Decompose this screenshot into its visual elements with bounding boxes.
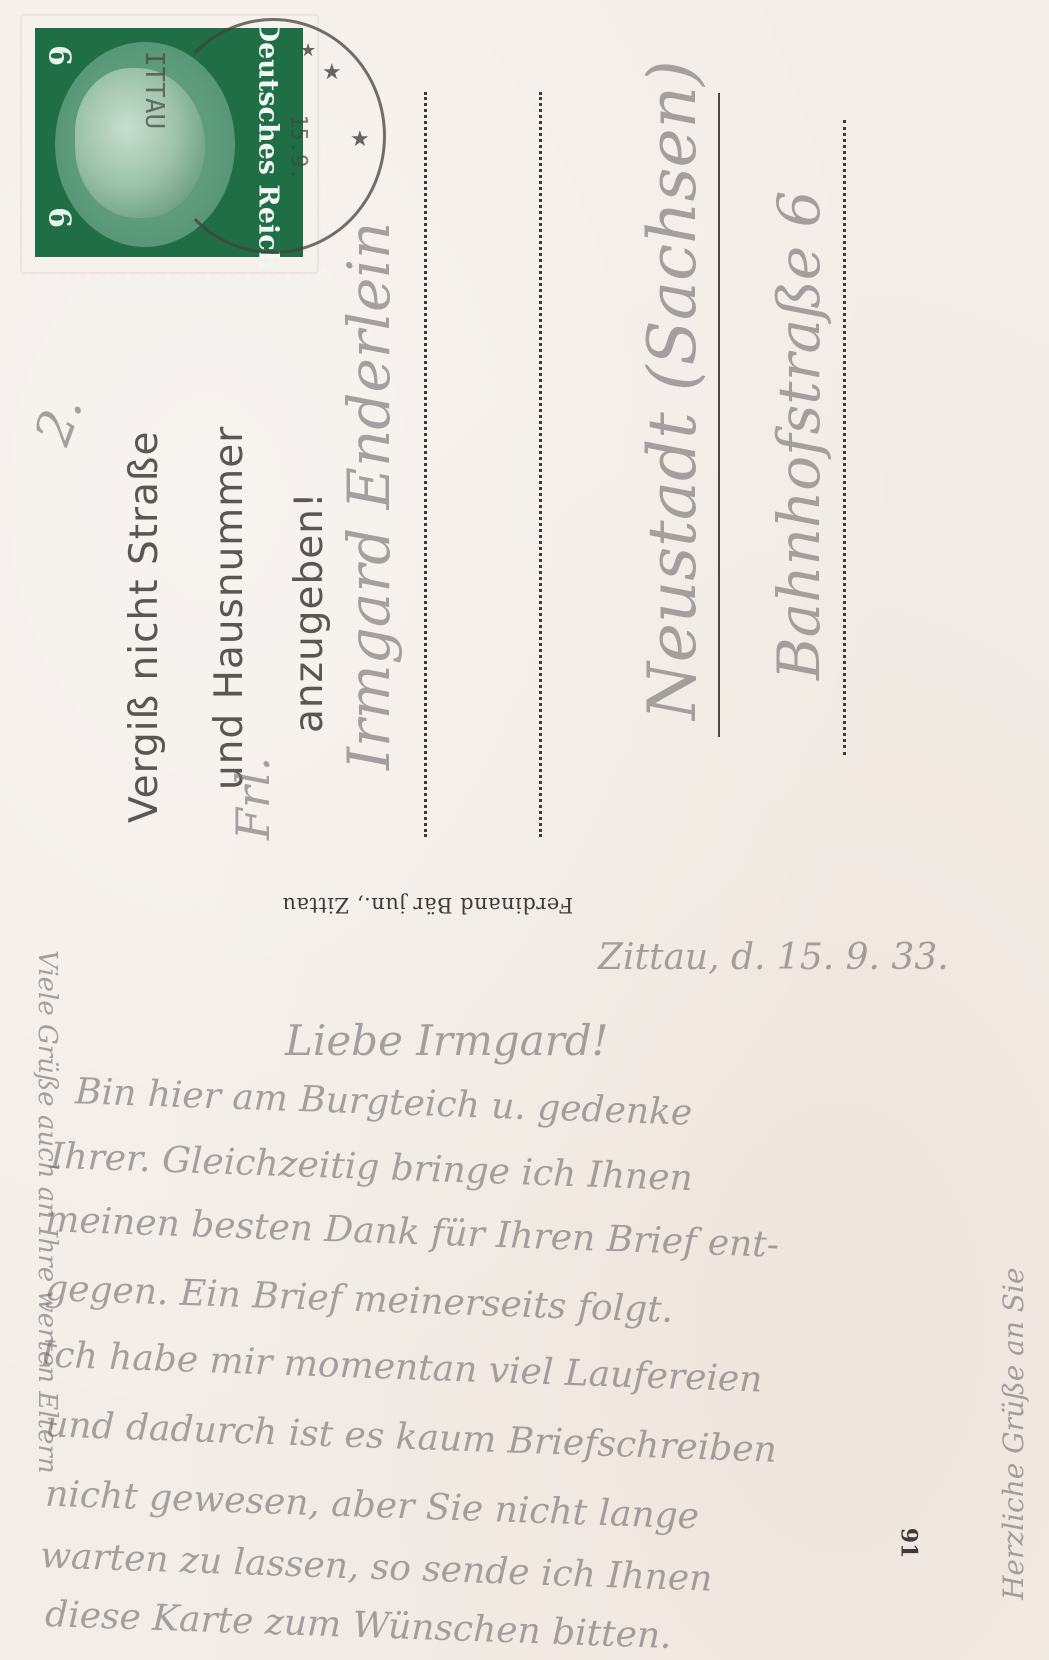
- stamp-value-top: 6: [42, 41, 77, 71]
- recipient-street: Bahnhofstraße 6: [770, 191, 828, 680]
- place-date: Zittau, d. 15. 9. 33.: [598, 940, 949, 976]
- page-number: 91: [895, 1528, 921, 1559]
- message-line: gegen. Ein Brief meinerseits folgt.: [45, 1271, 674, 1329]
- message-line: warten zu lassen, so sende ich Ihnen: [40, 1538, 713, 1597]
- stamp-value-bottom: 6: [42, 203, 77, 233]
- salutation: Liebe Irmgard!: [285, 1020, 609, 1062]
- message-line: meinen besten Dank für Ihren Brief ent-: [45, 1202, 780, 1264]
- slogan-line-2: und Hausnummer: [210, 426, 249, 790]
- message-line: diese Karte zum Wünschen bitten.: [45, 1597, 673, 1655]
- postmark-town: ITTAU: [139, 51, 169, 129]
- address-line-4: [843, 120, 846, 755]
- recipient-city: Neustadt (Sachsen): [640, 60, 706, 720]
- slogan-line-1: Vergiß nicht Straße: [125, 431, 164, 824]
- recipient-prefix: Frl.: [230, 757, 276, 840]
- margin-note: 2.: [27, 389, 90, 451]
- address-line-2: [539, 92, 542, 837]
- slogan-line-3: anzugeben!: [290, 491, 329, 733]
- right-margin-note: Herzliche Grüße an Sie: [1000, 1267, 1028, 1600]
- star-icon: ★: [350, 127, 370, 152]
- address-line-3: [718, 93, 720, 737]
- recipient-name: Irmgard Enderlein: [340, 222, 398, 770]
- message-line: Ihrer. Gleichzeitig bringe ich Ihnen: [50, 1139, 694, 1197]
- star-icon: ★: [300, 40, 316, 61]
- address-line-1: [424, 92, 427, 837]
- message-line: Bin hier am Burgteich u. gedenke: [75, 1074, 693, 1132]
- star-icon: ★: [322, 60, 342, 85]
- postmark-date: 15.9.: [286, 114, 311, 180]
- message-line: und dadurch ist es kaum Briefschreiben: [45, 1407, 778, 1469]
- message-line: nicht gewesen, aber Sie nicht lange: [45, 1477, 700, 1536]
- publisher-imprint: Ferdinand Bär jun., Zittau: [282, 893, 573, 917]
- left-margin-note: Viele Grüße auch an Ihre werten Eltern: [34, 950, 60, 1474]
- message-line: Ich habe mir momentan viel Laufereien: [40, 1337, 763, 1398]
